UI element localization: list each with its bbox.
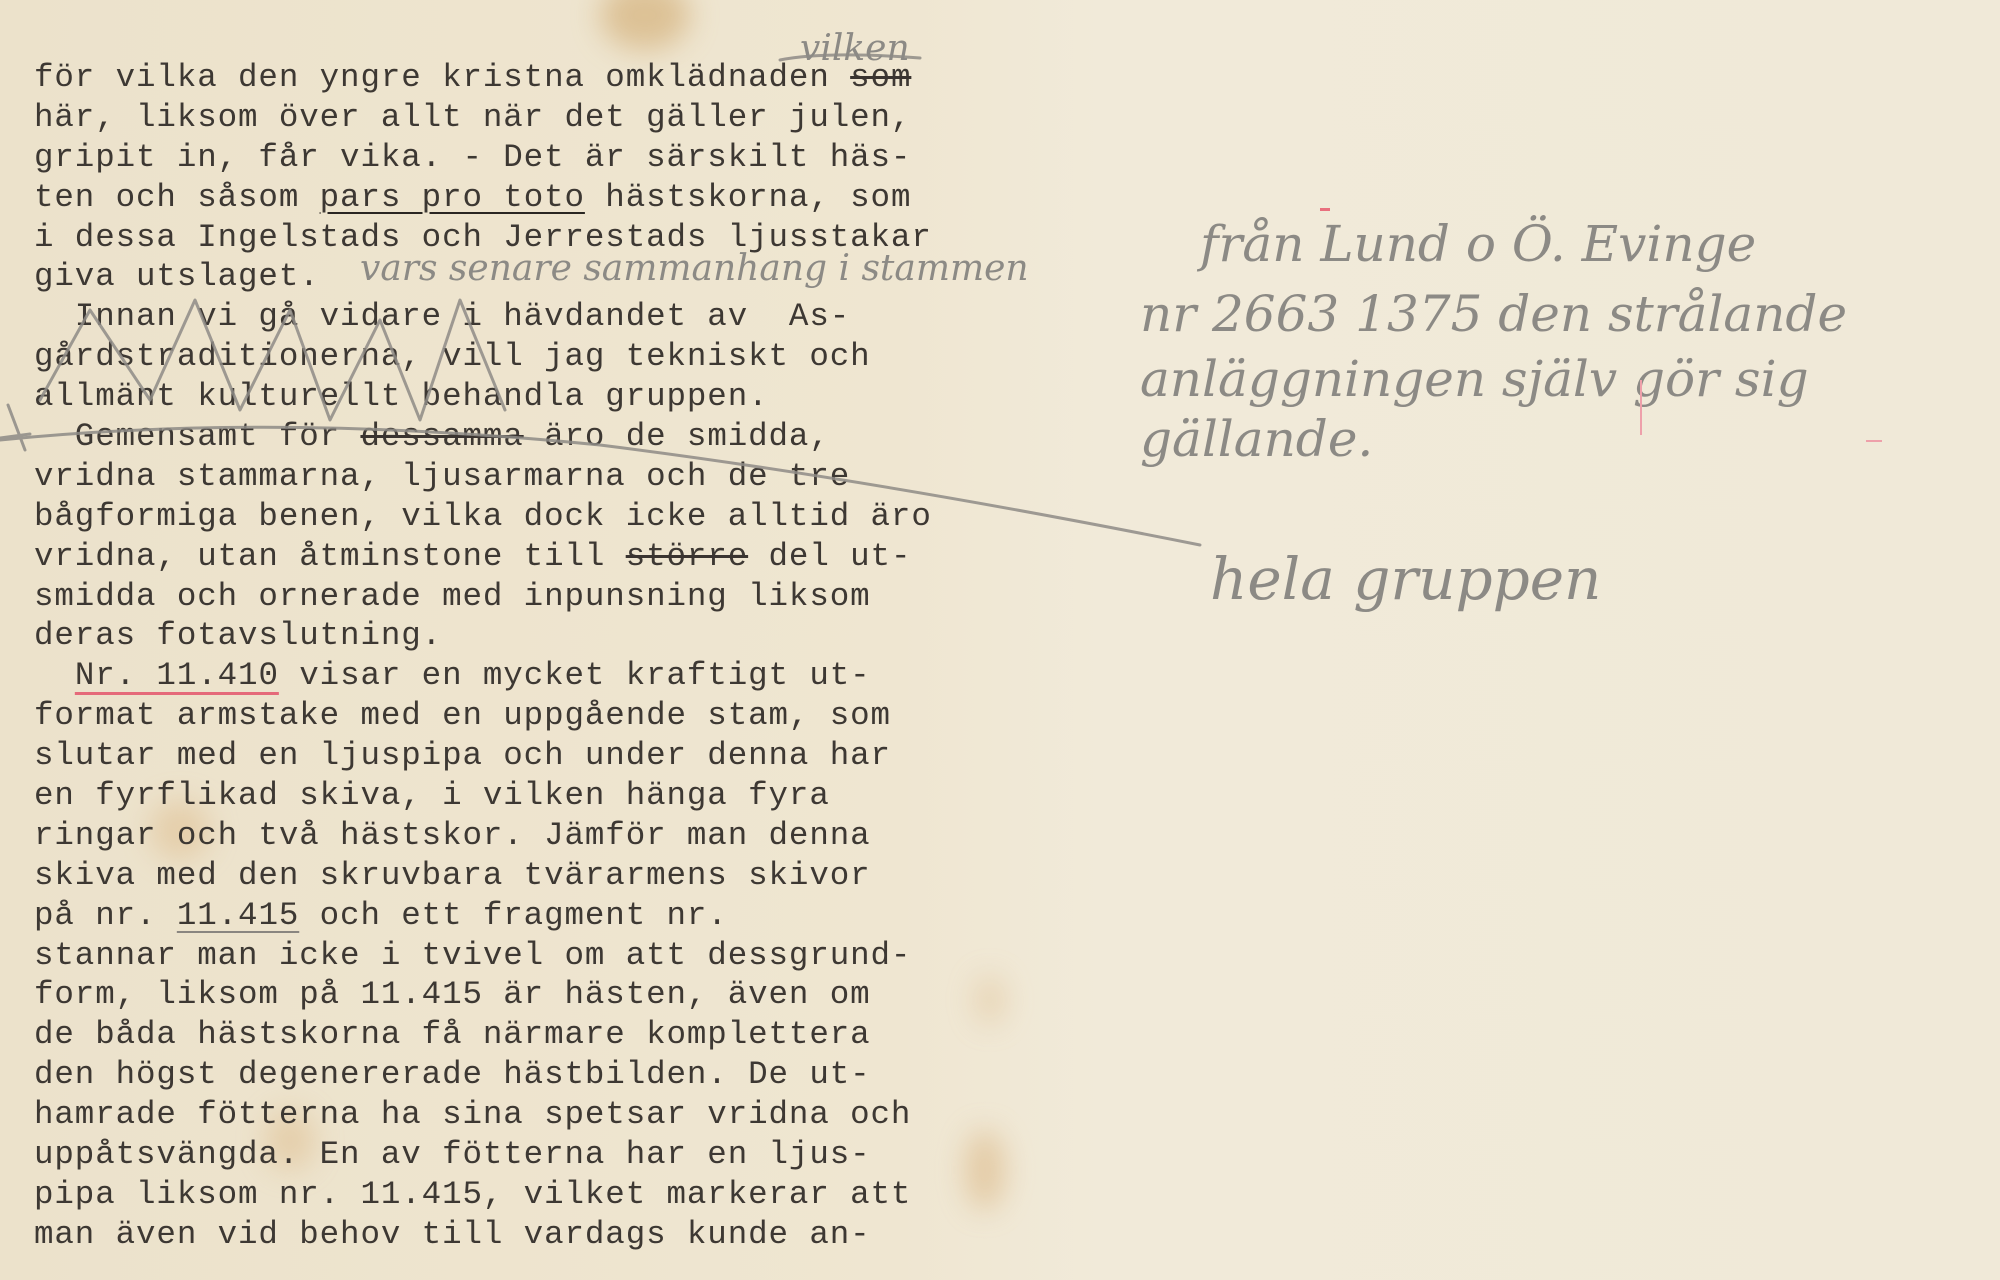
typed-line: på nr. 11.415 och ett fragment nr.: [34, 896, 1034, 936]
typed-line: vridna, utan åtminstone till större del …: [34, 537, 1034, 577]
typed-text: format armstake med en uppgående stam, s…: [34, 697, 891, 734]
typed-line: en fyrflikad skiva, i vilken hänga fyra: [34, 776, 1034, 816]
typed-line: pipa liksom nr. 11.415, vilket markerar …: [34, 1175, 1034, 1215]
typed-line: deras fotavslutning.: [34, 616, 1034, 656]
typed-text: man även vid behov till vardags kunde an…: [34, 1216, 871, 1253]
typed-line: ringar och två hästskor. Jämför man denn…: [34, 816, 1034, 856]
typed-line: här, liksom över allt när det gäller jul…: [34, 98, 1034, 138]
typed-text: de båda hästskorna få närmare kompletter…: [34, 1016, 871, 1053]
typed-line: gårdstraditionerna, vill jag tekniskt oc…: [34, 337, 1034, 377]
typed-text: skiva med den skruvbara tvärarmens skivo…: [34, 857, 871, 894]
typed-text: hästskorna, som: [585, 179, 911, 216]
typed-line: vridna stammarna, ljusarmarna och de tre: [34, 457, 1034, 497]
typed-line: smidda och ornerade med inpunsning likso…: [34, 577, 1034, 617]
typed-text: deras fotavslutning.: [34, 617, 442, 654]
typed-text: här, liksom över allt när det gäller jul…: [34, 99, 911, 136]
red-underlined-ref: Nr. 11.410: [75, 657, 279, 694]
typed-line: ten och såsom pars pro toto hästskorna, …: [34, 178, 1034, 218]
typed-line: slutar med en ljuspipa och under denna h…: [34, 736, 1034, 776]
handwritten-insert-vilken: vilken: [800, 28, 910, 69]
typed-line: hamrade fötterna ha sina spetsar vridna …: [34, 1095, 1034, 1135]
typed-text: vridna stammarna, ljusarmarna och de tre: [34, 458, 850, 495]
typed-text: för vilka den yngre kristna omklädnaden: [34, 59, 850, 96]
typed-line: den högst degenererade hästbilden. De ut…: [34, 1055, 1034, 1095]
typed-line: gripit in, får vika. - Det är särskilt h…: [34, 138, 1034, 178]
paper-stain: [600, 0, 690, 50]
typed-text: äro de smidda,: [524, 418, 830, 455]
typed-text: del ut-: [748, 538, 911, 575]
handwritten-margin-note-bottom: hela gruppen: [1210, 545, 1601, 613]
typed-text: på nr.: [34, 897, 177, 934]
underlined-phrase: pars pro toto: [320, 179, 585, 216]
typed-text: Innan vi gå vidare i hävdandet av As-: [34, 298, 850, 335]
typed-line: man även vid behov till vardags kunde an…: [34, 1215, 1034, 1255]
handwritten-margin-note-line2: nr 2663 1375 den strålande: [1140, 285, 1847, 343]
typed-text: [34, 657, 75, 694]
typewritten-text: för vilka den yngre kristna omklädnaden …: [34, 58, 1034, 1255]
typed-line: stannar man icke i tvivel om att dessgru…: [34, 936, 1034, 976]
typed-line: de båda hästskorna få närmare kompletter…: [34, 1015, 1034, 1055]
typed-line: Innan vi gå vidare i hävdandet av As-: [34, 297, 1034, 337]
typed-text: och ett fragment nr.: [299, 897, 727, 934]
typed-text: slutar med en ljuspipa och under denna h…: [34, 737, 891, 774]
typed-text: visar en mycket kraftigt ut-: [279, 657, 871, 694]
handwritten-margin-note-line4: gällande.: [1140, 410, 1373, 468]
typed-text: stannar man icke i tvivel om att dessgru…: [34, 937, 911, 974]
typed-line: format armstake med en uppgående stam, s…: [34, 696, 1034, 736]
typed-text: den högst degenererade hästbilden. De ut…: [34, 1056, 871, 1093]
typed-line: skiva med den skruvbara tvärarmens skivo…: [34, 856, 1034, 896]
typed-text: bågformiga benen, vilka dock icke alltid…: [34, 498, 932, 535]
typed-line: Gemensamt för dessamma äro de smidda,: [34, 417, 1034, 457]
typed-text: pipa liksom nr. 11.415, vilket markerar …: [34, 1176, 911, 1213]
typed-text: smidda och ornerade med inpunsning likso…: [34, 578, 871, 615]
typed-text: form, liksom på 11.415 är hästen, även o…: [34, 976, 871, 1013]
typed-text: gripit in, får vika. - Det är särskilt h…: [34, 139, 911, 176]
struck-word: dessamma: [360, 418, 523, 455]
red-pencil-mark: [1866, 440, 1882, 442]
typed-line: Nr. 11.410 visar en mycket kraftigt ut-: [34, 656, 1034, 696]
red-pencil-mark: [1640, 380, 1642, 435]
typed-line: form, liksom på 11.415 är hästen, även o…: [34, 975, 1034, 1015]
typed-line: uppåtsvängda. En av fötterna har en ljus…: [34, 1135, 1034, 1175]
handwritten-margin-note-line1: från Lund o Ö. Evinge: [1200, 215, 1756, 273]
red-pencil-mark: [1320, 208, 1330, 211]
typed-text: Gemensamt för: [34, 418, 360, 455]
typed-text: ten och såsom: [34, 179, 320, 216]
pencil-underlined-ref: 11.415: [177, 897, 299, 934]
typed-text: uppåtsvängda. En av fötterna har en ljus…: [34, 1136, 871, 1173]
typed-line: bågformiga benen, vilka dock icke alltid…: [34, 497, 1034, 537]
typed-text: allmänt kulturellt behandla gruppen.: [34, 378, 769, 415]
struck-word: större: [626, 538, 748, 575]
typed-text: en fyrflikad skiva, i vilken hänga fyra: [34, 777, 830, 814]
handwritten-margin-note-line3: anläggningen själv gör sig: [1140, 350, 1809, 408]
typed-text: gårdstraditionerna, vill jag tekniskt oc…: [34, 338, 871, 375]
typed-text: ringar och två hästskor. Jämför man denn…: [34, 817, 871, 854]
typed-line: allmänt kulturellt behandla gruppen.: [34, 377, 1034, 417]
handwritten-inline-note: vars senare sammanhang i stammen: [360, 248, 1029, 289]
typed-text: giva utslaget.: [34, 258, 320, 295]
typed-text: hamrade fötterna ha sina spetsar vridna …: [34, 1096, 911, 1133]
typed-text: vridna, utan åtminstone till: [34, 538, 626, 575]
